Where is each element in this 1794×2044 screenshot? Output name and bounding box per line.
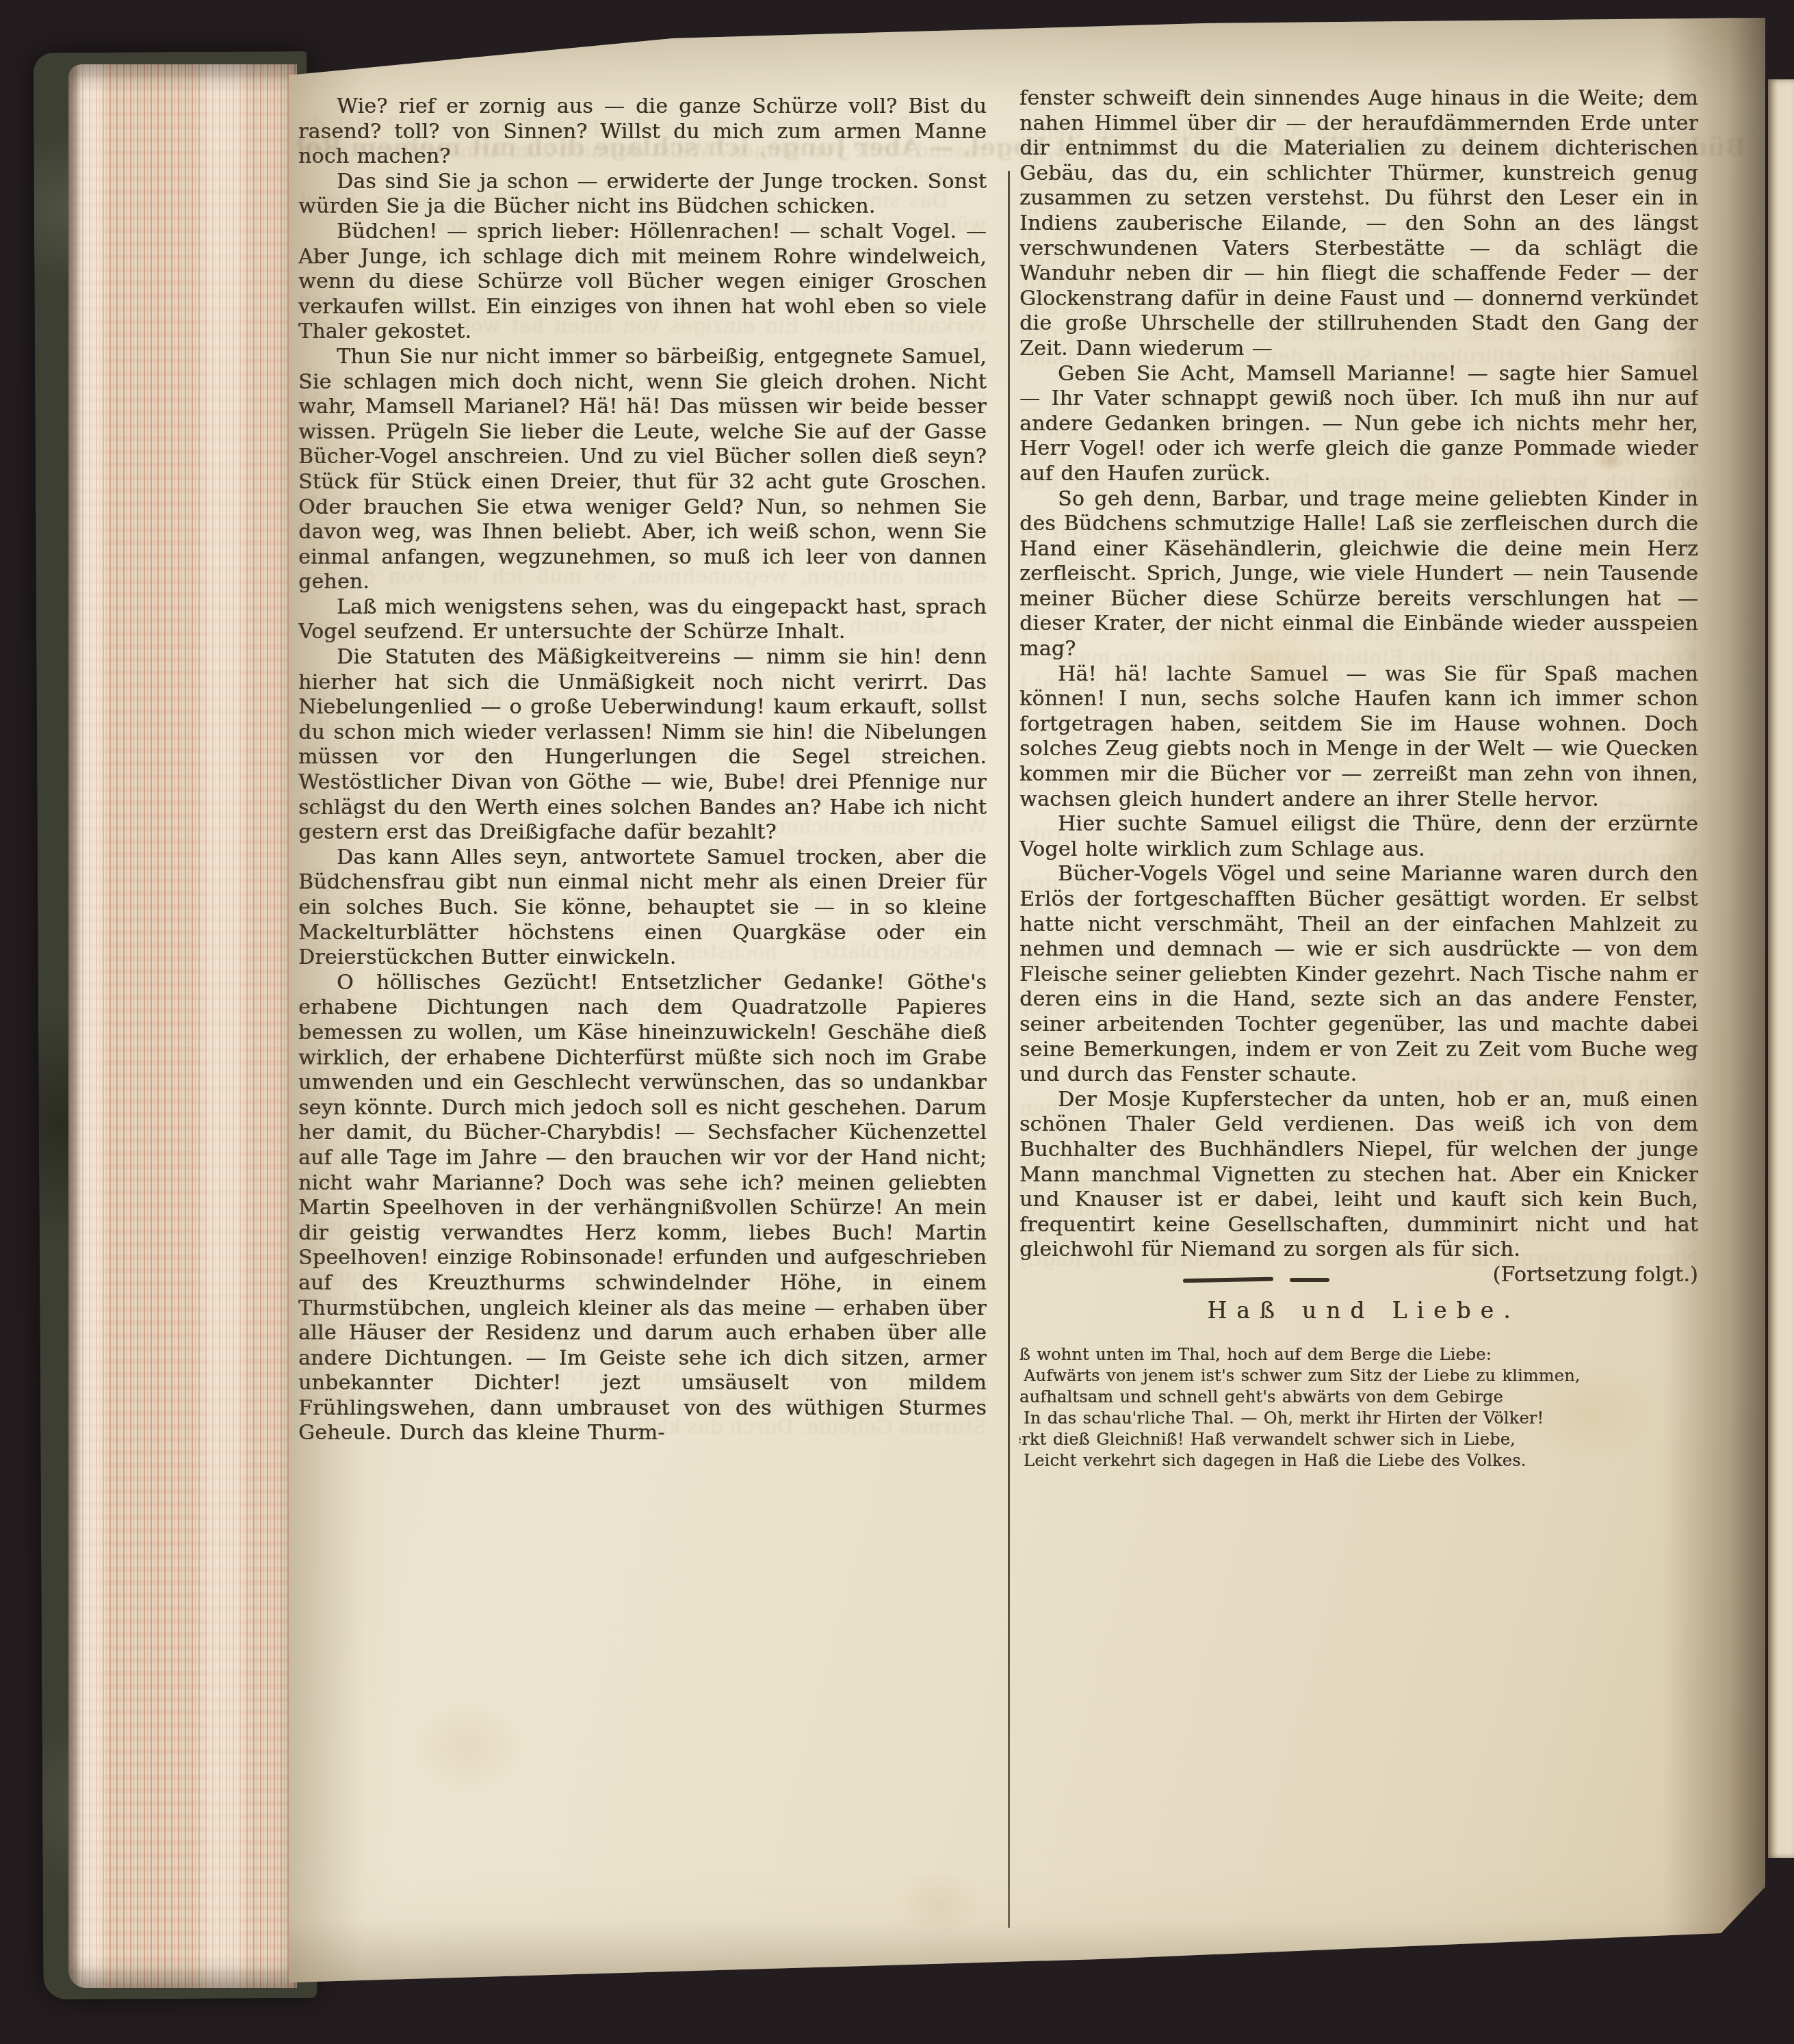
paragraph: Das sind Sie ja schon — erwiderte der Ju…	[298, 170, 987, 220]
poem-title: Haß und Liebe.	[1019, 1298, 1698, 1324]
book-page: Büdchen! — sprich lieber: Höllenrachen! …	[289, 18, 1765, 1982]
poem-line: In das schau'rliche Thal. — Oh, merkt ih…	[1019, 1408, 1698, 1429]
poem-line: Leicht verkehrt sich dagegen in Haß die …	[1019, 1450, 1698, 1471]
paragraph: Bücher-Vogels Vögel und seine Marianne w…	[1019, 862, 1698, 1087]
paragraph: Thun Sie nur nicht immer so bärbeißig, e…	[298, 345, 987, 595]
paragraph: So geh denn, Barbar, und trage meine gel…	[1019, 487, 1698, 662]
paragraph: Geben Sie Acht, Mamsell Marianne! — sagt…	[1019, 362, 1698, 487]
page-fore-edge	[68, 64, 297, 1988]
paragraph: Der Mosje Kupferstecher da unten, hob er…	[1019, 1088, 1698, 1263]
paragraph: Wie? rief er zornig aus — die ganze Schü…	[298, 94, 987, 170]
right-column: fenster schweift dein sinnendes Auge hin…	[1019, 86, 1698, 1941]
poem-line: Unaufhaltsam und schnell geht's abwärts …	[1019, 1387, 1698, 1408]
poem: Haß wohnt unten im Thal, hoch auf dem Be…	[1019, 1344, 1698, 1471]
paragraph: fenster schweift dein sinnendes Auge hin…	[1019, 86, 1698, 362]
paragraph: Die Statuten des Mäßigkeitvereins — nimm…	[298, 645, 987, 846]
paragraph: O höllisches Gezücht! Entsetzlicher Geda…	[298, 971, 987, 1446]
right-column-text: fenster schweift dein sinnendes Auge hin…	[1019, 86, 1698, 1263]
paragraph: Laß mich wenigstens sehen, was du eingep…	[298, 595, 987, 645]
paragraph: Das kann Alles seyn, antwortete Samuel t…	[298, 846, 987, 971]
book-photo: Büdchen! — sprich lieber: Höllenrachen! …	[0, 0, 1794, 2044]
poem-line: Aufwärts von jenem ist's schwer zum Sitz…	[1019, 1365, 1698, 1387]
facing-page-edge	[1768, 79, 1794, 1858]
paragraph: Hä! hä! lachte Samuel — was Sie für Spaß…	[1019, 662, 1698, 813]
column-divider-rule	[1008, 171, 1010, 1928]
poem-line: Merkt dieß Gleichniß! Haß verwandelt sch…	[1019, 1429, 1698, 1450]
continuation-note: (Fortsetzung folgt.)	[1493, 1263, 1699, 1288]
paragraph: Büdchen! — sprich lieber: Höllenrachen! …	[298, 220, 987, 345]
section-divider-rule	[1019, 1278, 1493, 1282]
left-column: Wie? rief er zornig aus — die ganze Schü…	[298, 94, 987, 1877]
poem-line: Haß wohnt unten im Thal, hoch auf dem Be…	[1019, 1344, 1698, 1365]
paragraph: Hier suchte Samuel eiligst die Thüre, de…	[1019, 812, 1698, 862]
